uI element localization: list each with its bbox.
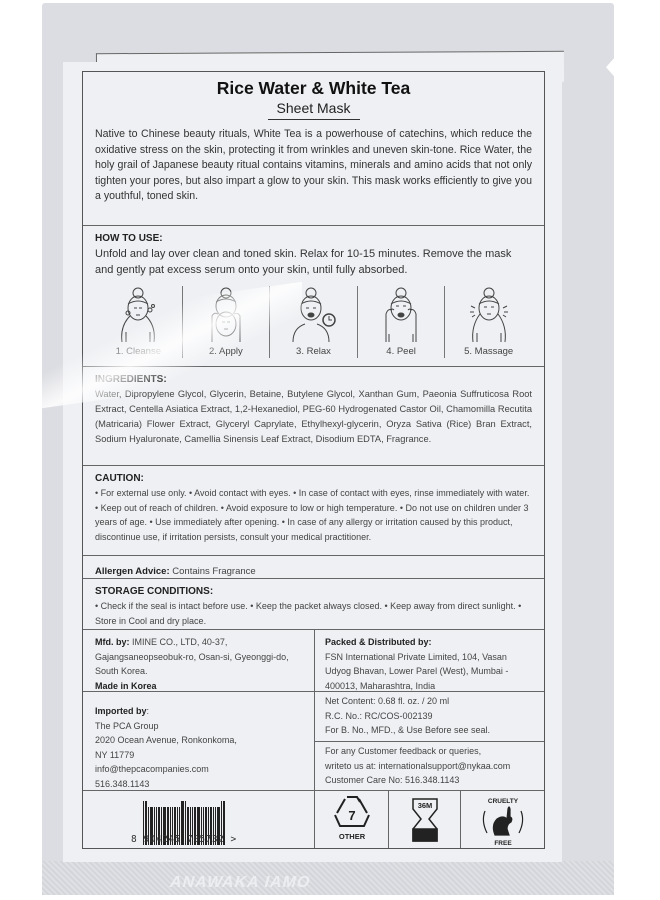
- step-peel: 4. Peel: [358, 286, 446, 358]
- caution-text: • For external use only. • Avoid contact…: [95, 486, 532, 544]
- caution-heading: CAUTION:: [95, 472, 532, 486]
- face-massage-icon: [459, 286, 519, 344]
- step-label: 4. Peel: [386, 346, 416, 357]
- cruelty-free-cell: CRUELTY FREE: [461, 791, 544, 848]
- support-email[interactable]: writeto us at: internationalsupport@nyka…: [325, 759, 534, 774]
- rc-number: R.C. No.: RC/COS-002139: [325, 709, 534, 724]
- pao-hourglass-icon: 36M: [389, 791, 461, 849]
- product-subtitle: Sheet Mask: [95, 100, 532, 116]
- barcode-cell: 8 904245 705732 >: [83, 791, 315, 848]
- step-apply: 2. Apply: [183, 286, 271, 358]
- importer-line: 2020 Ocean Avenue, Ronkonkoma,: [95, 733, 302, 748]
- manufacturer-cell: Mfd. by: IMINE CO., LTD, 40-37, Gajangsa…: [83, 630, 315, 692]
- recycle-icon: 7 OTHER: [315, 791, 389, 849]
- importer-label: Imported by: [95, 706, 147, 716]
- made-in: Made in Korea: [95, 679, 302, 694]
- storage-section: STORAGE CONDITIONS: • Check if the seal …: [83, 579, 544, 630]
- pao-cell: 36M: [389, 791, 461, 848]
- svg-text:7: 7: [348, 808, 355, 823]
- ingredients-section: INGREDIENTS: Water, Dipropylene Glycol, …: [83, 367, 544, 466]
- step-label: 5. Massage: [464, 346, 513, 357]
- cruelty-free-bunny-icon: CRUELTY FREE: [461, 791, 545, 849]
- allergen-section: Allergen Advice: Contains Fragrance: [83, 556, 544, 579]
- step-label: 3. Relax: [296, 346, 331, 357]
- crimp-embossed-text: ANAWAKA IAMO: [168, 874, 313, 892]
- steps-row: 1. Cleanse 2. Apply 3. Relax: [95, 284, 532, 364]
- recycle-cell: 7 OTHER: [315, 791, 389, 848]
- distributor-cell: Packed & Distributed by: FSN Internation…: [315, 630, 544, 692]
- face-apply-mask-icon: [196, 286, 256, 344]
- svg-text:36M: 36M: [418, 801, 433, 810]
- svg-text:OTHER: OTHER: [339, 832, 366, 841]
- importer-line: The PCA Group: [95, 719, 302, 734]
- step-label: 1. Cleanse: [116, 346, 161, 357]
- net-content: Net Content: 0.68 fl. oz. / 20 ml: [325, 694, 534, 709]
- face-cleanse-icon: [108, 286, 168, 344]
- step-cleanse: 1. Cleanse: [95, 286, 183, 358]
- svg-text:CRUELTY: CRUELTY: [488, 798, 519, 805]
- step-label: 2. Apply: [209, 346, 243, 357]
- manufacturer-label: Mfd. by:: [95, 637, 130, 647]
- intro-section: Rice Water & White Tea Sheet Mask Native…: [83, 72, 544, 226]
- storage-text: • Check if the seal is intact before use…: [95, 599, 532, 628]
- product-title: Rice Water & White Tea: [95, 78, 532, 99]
- support-phone: Customer Care No: 516.348.1143: [325, 773, 534, 788]
- crimp-seal: [42, 861, 614, 895]
- step-relax: 3. Relax: [270, 286, 358, 358]
- batch-note: For B. No., MFD., & Use Before see seal.: [325, 723, 534, 738]
- ingredients-heading: INGREDIENTS:: [95, 373, 532, 387]
- importer-email[interactable]: info@thepcacompanies.com: [95, 762, 302, 777]
- step-massage: 5. Massage: [445, 286, 532, 358]
- ingredients-text: Water, Dipropylene Glycol, Glycerin, Bet…: [95, 387, 532, 447]
- importer-line: NY 11779: [95, 748, 302, 763]
- how-to-use-text: Unfold and lay over clean and toned skin…: [95, 246, 532, 278]
- storage-heading: STORAGE CONDITIONS:: [95, 585, 532, 599]
- allergen-label: Allergen Advice:: [95, 566, 170, 577]
- title-underline: [268, 119, 360, 120]
- allergen-value: Contains Fragrance: [170, 566, 256, 577]
- label-box: Rice Water & White Tea Sheet Mask Native…: [82, 71, 545, 849]
- face-peel-icon: [371, 286, 431, 344]
- importer-phone: 516.348.1143: [95, 777, 302, 792]
- support-line: For any Customer feedback or queries,: [325, 744, 534, 759]
- svg-text:FREE: FREE: [494, 840, 512, 847]
- face-relax-clock-icon: [283, 286, 343, 344]
- barcode-number: 8 904245 705732 >: [131, 834, 237, 845]
- product-description: Native to Chinese beauty rituals, White …: [95, 127, 532, 205]
- distributor-label: Packed & Distributed by:: [325, 635, 534, 650]
- importer-cell: Imported by: The PCA Group 2020 Ocean Av…: [83, 692, 315, 791]
- caution-section: CAUTION: • For external use only. • Avoi…: [83, 466, 544, 556]
- how-to-use-section: HOW TO USE: Unfold and lay over clean an…: [83, 226, 544, 367]
- support-cell: For any Customer feedback or queries, wr…: [315, 742, 544, 791]
- distributor-address: FSN International Private Limited, 104, …: [325, 650, 534, 694]
- how-to-use-heading: HOW TO USE:: [95, 232, 532, 246]
- net-content-cell: Net Content: 0.68 fl. oz. / 20 ml R.C. N…: [315, 692, 544, 742]
